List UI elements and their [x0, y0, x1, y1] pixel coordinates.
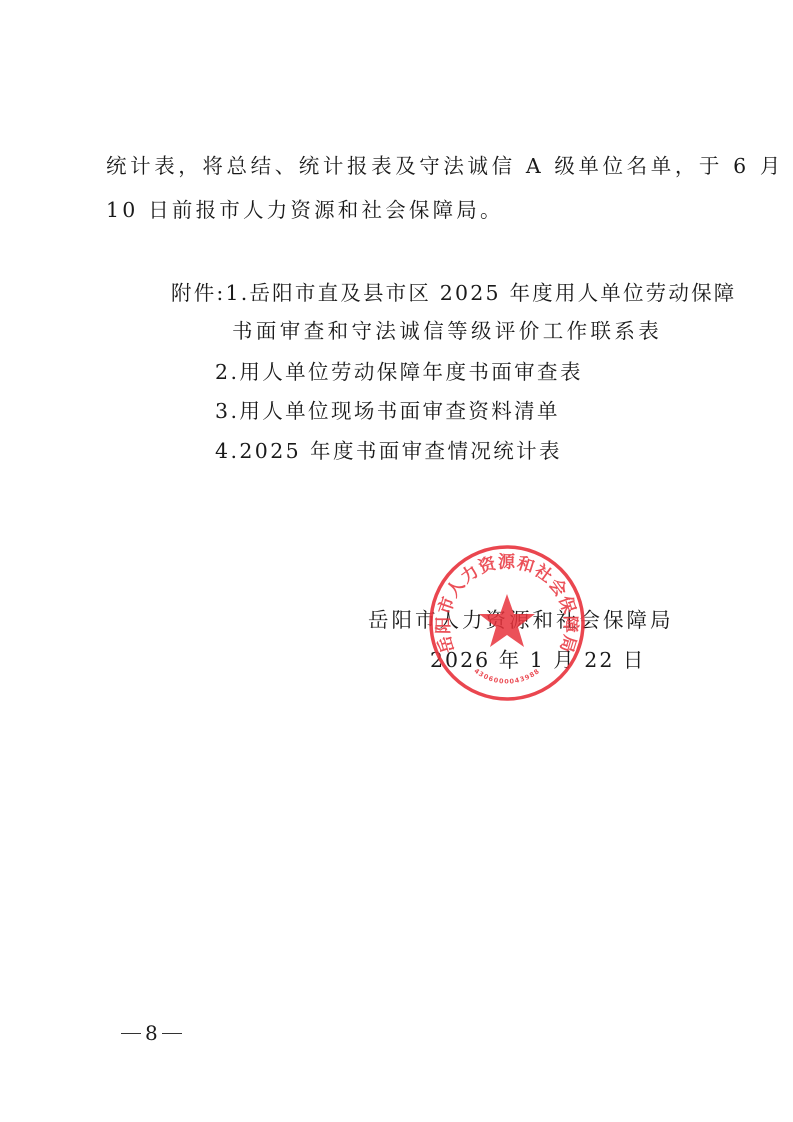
page-number-value: 8 — [145, 1021, 158, 1045]
page-number: 8 — [121, 1021, 182, 1045]
attachment-item-1: 附件:1.岳阳市直及县市区 2025 年度用人单位劳动保障 — [171, 281, 736, 305]
attachment-item-2: 2.用人单位劳动保障年度书面审查表 — [215, 360, 583, 384]
page-number-dash-left — [121, 1033, 141, 1034]
attachments-label: 附件: — [171, 281, 226, 305]
attachment-item-4: 4.2025 年度书面审查情况统计表 — [215, 439, 562, 463]
page-number-dash-right — [162, 1033, 182, 1034]
attachment-item-1-cont: 书面审查和守法诚信等级评价工作联系表 — [232, 319, 662, 343]
body-text-line-1: 统计表，将总结、统计报表及守法诚信 A 级单位名单，于 6 月 — [106, 154, 784, 178]
signature-organization: 岳阳市人力资源和社会保障局 — [368, 608, 674, 632]
svg-text:岳阳市人力资源和社会保障局: 岳阳市人力资源和社会保障局 — [434, 552, 582, 656]
attachment-item-3: 3.用人单位现场书面审查资料清单 — [215, 399, 560, 423]
signature-date: 2026 年 1 月 22 日 — [430, 648, 645, 672]
body-text-line-2: 10 日前报市人力资源和社会保障局。 — [106, 198, 504, 222]
